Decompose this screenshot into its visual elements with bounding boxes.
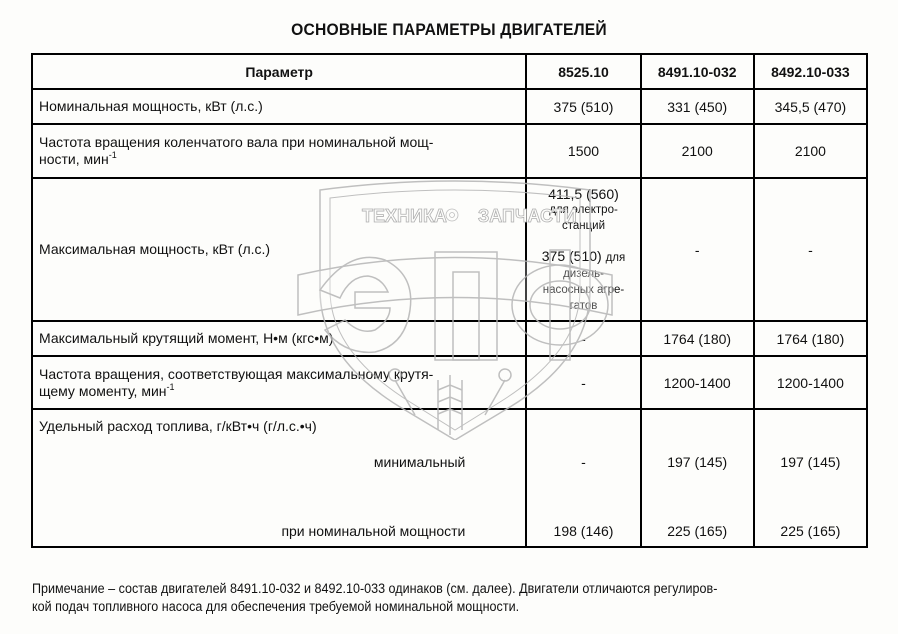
- header-parameter: Параметр: [32, 54, 526, 89]
- table-row: Частота вращения коленчатого вала при но…: [32, 124, 867, 178]
- fuel-min-value: -: [527, 454, 639, 470]
- fuel-min-value: 197 (145): [642, 454, 753, 470]
- value-cell: 345,5 (470): [754, 89, 867, 124]
- param-label-line1: Частота вращения коленчатого вала при но…: [39, 134, 433, 150]
- max-power-note-b0: для: [606, 252, 626, 264]
- param-label-fuel: Удельный расход топлива, г/кВт•ч (г/л.с.…: [32, 409, 526, 547]
- fuel-sub-label-min: минимальный: [374, 454, 466, 471]
- table-row: Номинальная мощность, кВт (л.с.) 375 (51…: [32, 89, 867, 124]
- max-power-value-b: 375 (510): [542, 248, 602, 264]
- fuel-consumption-label: Удельный расход топлива, г/кВт•ч (г/л.с.…: [39, 418, 317, 435]
- value-cell: 2100: [641, 124, 754, 178]
- footnote-line1: Примечание – состав двигателей 8491.10-0…: [32, 580, 832, 598]
- max-power-note-b2: насосных агре-: [533, 282, 633, 298]
- table-header-row: Параметр 8525.10 8491.10-032 8492.10-033: [32, 54, 867, 89]
- fuel-sub-label-nominal: при номинальной мощности: [281, 523, 465, 540]
- param-label: Номинальная мощность, кВт (л.с.): [32, 89, 526, 124]
- value-cell: -: [641, 178, 754, 321]
- value-cell: 1200-1400: [754, 356, 867, 409]
- header-engine-8491: 8491.10-032: [641, 54, 754, 89]
- value-cell: 1764 (180): [754, 321, 867, 356]
- fuel-nominal-value: 225 (165): [642, 523, 753, 539]
- value-cell: 375 (510): [526, 89, 640, 124]
- max-power-note-b3: гатов: [533, 298, 633, 314]
- param-label-line2: щему моменту, мин: [39, 383, 167, 399]
- value-cell: 197 (145) 225 (165): [754, 409, 867, 547]
- value-cell: 331 (450): [641, 89, 754, 124]
- value-cell: -: [526, 356, 640, 409]
- header-engine-8492: 8492.10-033: [754, 54, 867, 89]
- max-power-note-a1: для электро-: [533, 202, 633, 218]
- value-cell-max-power: 411,5 (560) для электро- станций 375 (51…: [526, 178, 640, 321]
- value-cell: 1764 (180): [641, 321, 754, 356]
- value-cell: 197 (145) 225 (165): [641, 409, 754, 547]
- fuel-nominal-value: 198 (146): [527, 523, 639, 539]
- fuel-nominal-value: 225 (165): [755, 523, 866, 539]
- max-power-value-a: 411,5 (560): [533, 186, 633, 202]
- value-cell: 1200-1400: [641, 356, 754, 409]
- value-cell: 2100: [754, 124, 867, 178]
- page-title: ОСНОВНЫЕ ПАРАМЕТРЫ ДВИГАТЕЛЕЙ: [36, 20, 862, 40]
- engine-parameters-table: Параметр 8525.10 8491.10-032 8492.10-033…: [31, 53, 868, 548]
- value-cell: 1500: [526, 124, 640, 178]
- header-engine-8525: 8525.10: [526, 54, 640, 89]
- param-label-line1: Частота вращения, соответствующая максим…: [39, 366, 433, 382]
- table-row: Удельный расход топлива, г/кВт•ч (г/л.с.…: [32, 409, 867, 547]
- superscript: -1: [109, 150, 117, 160]
- superscript: -1: [167, 382, 175, 392]
- footnote-line2: кой подач топливного насоса для обеспече…: [32, 598, 832, 616]
- param-label: Максимальная мощность, кВт (л.с.): [32, 178, 526, 321]
- param-label: Частота вращения коленчатого вала при но…: [32, 124, 526, 178]
- value-cell: -: [754, 178, 867, 321]
- max-power-note-a2: станций: [533, 218, 633, 234]
- param-label: Частота вращения, соответствующая максим…: [32, 356, 526, 409]
- footnote: Примечание – состав двигателей 8491.10-0…: [32, 580, 832, 616]
- param-label-line2: ности, мин: [39, 151, 109, 167]
- fuel-min-value: 197 (145): [755, 454, 866, 470]
- table-row: Максимальный крутящий момент, Н•м (кгс•м…: [32, 321, 867, 356]
- value-cell: - 198 (146): [526, 409, 640, 547]
- value-cell: -: [526, 321, 640, 356]
- table-row: Частота вращения, соответствующая максим…: [32, 356, 867, 409]
- param-label: Максимальный крутящий момент, Н•м (кгс•м…: [32, 321, 526, 356]
- max-power-note-b1: дизель-: [533, 266, 633, 282]
- table-row: Максимальная мощность, кВт (л.с.) 411,5 …: [32, 178, 867, 321]
